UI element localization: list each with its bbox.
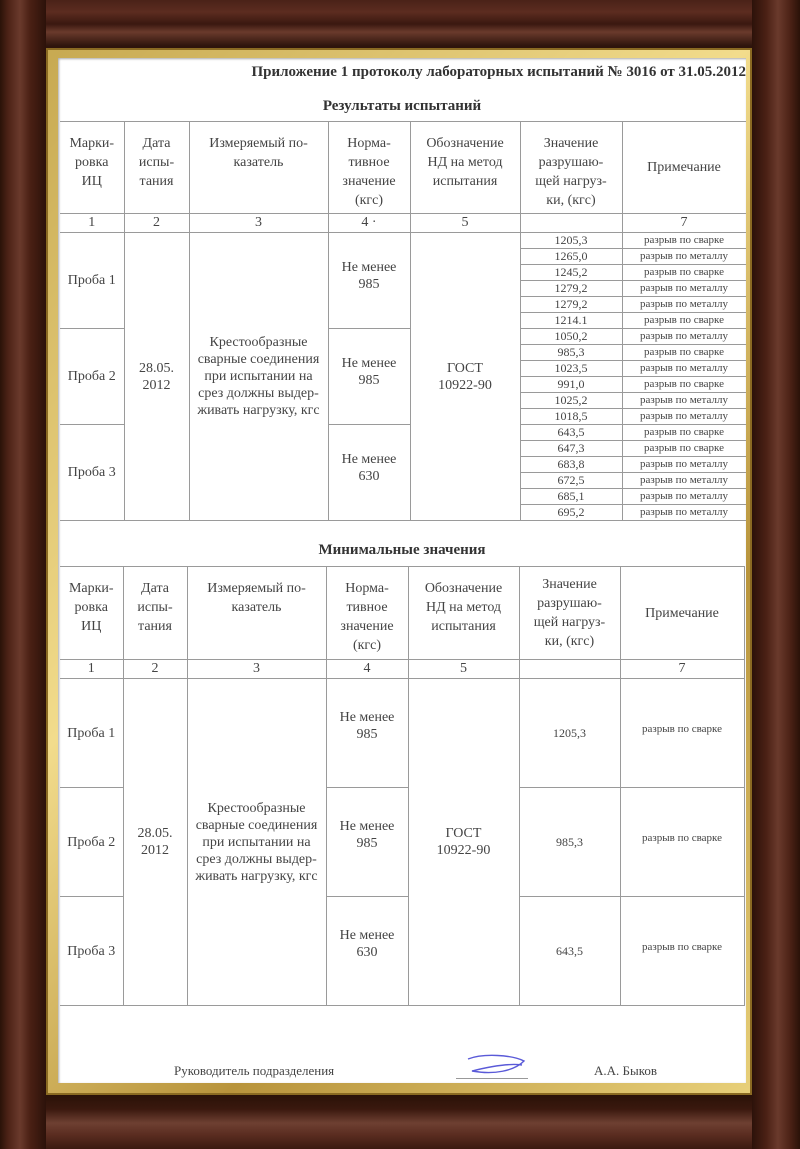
column-number	[520, 214, 622, 233]
load-value: 1265,0	[520, 249, 622, 265]
test-date: 28.05.2012	[124, 233, 189, 521]
note: разрыв по сварке	[622, 233, 746, 249]
document-title: Приложение 1 протоколу лабораторных испы…	[218, 64, 746, 81]
test-method: ГОСТ10922-90	[408, 679, 519, 1006]
results-table: Марки-ровкаИЦДатаиспы-танияИзмеряемый по…	[60, 121, 746, 521]
column-header: Марки-ровкаИЦ	[60, 567, 123, 660]
load-value: 1214.1	[520, 313, 622, 329]
load-value: 695,2	[520, 505, 622, 521]
load-value: 991,0	[520, 377, 622, 393]
signature-block: Руководитель подразделения А.А. Быков	[58, 1061, 746, 1083]
note: разрыв по сварке	[622, 377, 746, 393]
document-page: Приложение 1 протоколу лабораторных испы…	[58, 58, 746, 1083]
frame-top	[0, 0, 800, 48]
load-value: 1279,2	[520, 281, 622, 297]
column-header: Измеряемый по-казатель	[187, 567, 326, 660]
column-number-row: 1234 ·57	[60, 214, 746, 233]
note: разрыв по металлу	[622, 457, 746, 473]
load-value: 1279,2	[520, 297, 622, 313]
sample-label: Проба 2	[60, 788, 123, 897]
note: разрыв по сварке	[620, 897, 744, 1006]
note: разрыв по металлу	[622, 249, 746, 265]
load-value: 1205,3	[520, 233, 622, 249]
column-header: Датаиспы-тания	[123, 567, 187, 660]
column-header: ОбозначениеНД на методиспытания	[408, 567, 519, 660]
sample-label: Проба 2	[60, 329, 124, 425]
column-number: 2	[123, 660, 187, 679]
sample-label: Проба 1	[60, 233, 124, 329]
load-value: 643,5	[520, 425, 622, 441]
signature-line	[456, 1078, 528, 1079]
norm-value: Не менее985	[326, 679, 408, 788]
column-number: 3	[189, 214, 328, 233]
column-header: Измеряемый по-казатель	[189, 122, 328, 214]
column-number: 5	[410, 214, 520, 233]
test-date: 28.05.2012	[123, 679, 187, 1006]
norm-value: Не менее985	[328, 329, 410, 425]
column-number: 1	[60, 214, 124, 233]
load-value: 672,5	[520, 473, 622, 489]
note: разрыв по сварке	[622, 313, 746, 329]
column-header: Значениеразрушаю-щей нагруз-ки, (кгс)	[519, 567, 620, 660]
measured-indicator: Крестообразныесварные соединенияпри испы…	[189, 233, 328, 521]
sample-label: Проба 3	[60, 897, 123, 1006]
note: разрыв по металлу	[622, 409, 746, 425]
header-row: Марки-ровкаИЦДатаиспы-танияИзмеряемый по…	[60, 122, 746, 214]
load-value: 1025,2	[520, 393, 622, 409]
test-method: ГОСТ10922-90	[410, 233, 520, 521]
signer-role: Руководитель подразделения	[174, 1063, 334, 1079]
column-number: 1	[60, 660, 123, 679]
header-row: Марки-ровкаИЦДатаиспы-танияИзмеряемый по…	[60, 567, 744, 660]
note: разрыв по металлу	[622, 473, 746, 489]
load-value: 683,8	[520, 457, 622, 473]
column-number	[519, 660, 620, 679]
column-header: Значениеразрушаю-щей нагруз-ки, (кгс)	[520, 122, 622, 214]
sample-label: Проба 1	[60, 679, 123, 788]
column-number: 7	[620, 660, 744, 679]
signer-name: А.А. Быков	[594, 1063, 657, 1079]
note: разрыв по металлу	[622, 361, 746, 377]
note: разрыв по металлу	[622, 329, 746, 345]
sample-label: Проба 3	[60, 425, 124, 521]
minimums-table: Марки-ровкаИЦДатаиспы-танияИзмеряемый по…	[60, 566, 745, 1006]
results-heading: Результаты испытаний	[58, 98, 746, 115]
column-header: ОбозначениеНД на методиспытания	[410, 122, 520, 214]
load-value: 1018,5	[520, 409, 622, 425]
table-row: Проба 128.05.2012Крестообразныесварные с…	[60, 233, 746, 249]
note: разрыв по сварке	[622, 425, 746, 441]
note: разрыв по металлу	[622, 297, 746, 313]
note: разрыв по металлу	[622, 505, 746, 521]
norm-value: Не менее630	[328, 425, 410, 521]
column-header: Норма-тивноезначение(кгс)	[326, 567, 408, 660]
column-header: Примечание	[622, 122, 746, 214]
column-number: 7	[622, 214, 746, 233]
load-value: 685,1	[520, 489, 622, 505]
column-header: Норма-тивноезначение(кгс)	[328, 122, 410, 214]
load-value: 1245,2	[520, 265, 622, 281]
column-number-row: 123457	[60, 660, 744, 679]
load-value: 985,3	[520, 345, 622, 361]
load-value: 1205,3	[519, 679, 620, 788]
column-header: Марки-ровкаИЦ	[60, 122, 124, 214]
measured-indicator: Крестообразныесварные соединенияпри испы…	[187, 679, 326, 1006]
note: разрыв по металлу	[622, 393, 746, 409]
norm-value: Не менее985	[326, 788, 408, 897]
load-value: 1050,2	[520, 329, 622, 345]
frame-right	[752, 0, 800, 1149]
frame-left	[0, 0, 46, 1149]
minimums-heading: Минимальные значения	[58, 542, 746, 559]
note: разрыв по металлу	[622, 489, 746, 505]
load-value: 643,5	[519, 897, 620, 1006]
note: разрыв по сварке	[622, 265, 746, 281]
load-value: 647,3	[520, 441, 622, 457]
table-row: Проба 128.05.2012Крестообразныесварные с…	[60, 679, 744, 788]
note: разрыв по сварке	[620, 679, 744, 788]
note: разрыв по металлу	[622, 281, 746, 297]
frame-bottom	[0, 1095, 800, 1149]
note: разрыв по сварке	[622, 441, 746, 457]
column-number: 4 ·	[328, 214, 410, 233]
column-number: 3	[187, 660, 326, 679]
note: разрыв по сварке	[622, 345, 746, 361]
column-header: Датаиспы-тания	[124, 122, 189, 214]
column-number: 5	[408, 660, 519, 679]
column-number: 4	[326, 660, 408, 679]
load-value: 985,3	[519, 788, 620, 897]
column-header: Примечание	[620, 567, 744, 660]
load-value: 1023,5	[520, 361, 622, 377]
norm-value: Не менее630	[326, 897, 408, 1006]
note: разрыв по сварке	[620, 788, 744, 897]
column-number: 2	[124, 214, 189, 233]
norm-value: Не менее985	[328, 233, 410, 329]
